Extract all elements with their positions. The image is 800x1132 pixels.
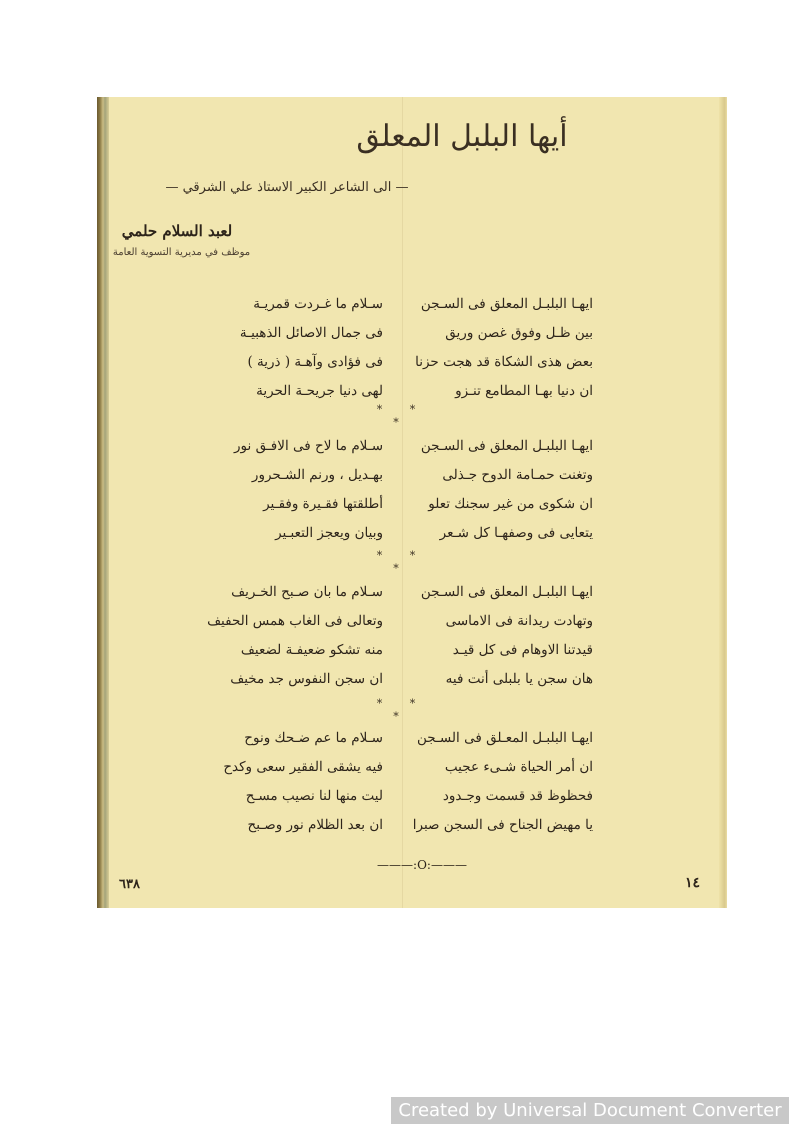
converter-watermark: Created by Universal Document Converter — [391, 1097, 789, 1124]
hemistich-first: وتغنت حمـامة الدوح جـذلى — [383, 467, 593, 483]
hemistich-second: فى جمال الاصائل الذهبيـة — [173, 325, 383, 341]
author-role: موظف في مديرية التسوية العامة — [109, 247, 254, 258]
hemistich-first: ايهـا البلبـل المعلق فى السـجن — [383, 296, 593, 312]
scanned-page: أيها البلبل المعلق — الى الشاعر الكبير ا… — [97, 97, 727, 908]
hemistich-second: فى فؤادى وآهـة ( ذرية ) — [173, 354, 383, 370]
hemistich-first: وتهادت ريدانة فى الاماسى — [383, 613, 593, 629]
hemistich-first: ايهـا البلبـل المعـلق فى السـجن — [383, 730, 593, 746]
hemistich-first: بعض هذى الشكاة قد هجت حزنا — [383, 354, 593, 370]
hemistich-first: ايهـا البلبـل المعلق فى السـجن — [383, 438, 593, 454]
hemistich-second: سـلام ما لاح فى الافـق نور — [173, 438, 383, 454]
end-mark: ———:O:——— — [367, 858, 477, 872]
hemistich-second: أطلقتها فقـيرة وفقـير — [173, 496, 383, 512]
verse-line: ان دنيا بهـا المطامع تنـزو لهى دنيا جريح… — [173, 376, 593, 405]
verse-line: يتعايى فى وصفهـا كل شـعر وبيان ويعجز الت… — [173, 518, 593, 547]
hemistich-second: لهى دنيا جريحـة الحرية — [173, 383, 383, 399]
verse-line: فحظوظ قد قسمت وجـدود ليت منها لنا نصيب م… — [173, 781, 593, 810]
hemistich-second: منه تشكو ضعيفـة لضعيف — [173, 642, 383, 658]
verse-line: ايهـا البلبـل المعلق فى السـجن سـلام ما … — [173, 431, 593, 460]
hemistich-first: يا مهيض الجناح فى السجن صبرا — [383, 817, 593, 833]
hemistich-first: فحظوظ قد قسمت وجـدود — [383, 788, 593, 804]
poem-title: أيها البلبل المعلق — [247, 119, 677, 154]
hemistich-second: بهـديل ، ورنم الشـحرور — [173, 467, 383, 483]
stanza-1: ايهـا البلبـل المعلق فى السـجن سـلام ما … — [173, 289, 593, 405]
verse-line: وتغنت حمـامة الدوح جـذلى بهـديل ، ورنم ا… — [173, 460, 593, 489]
verse-line: بعض هذى الشكاة قد هجت حزنا فى فؤادى وآهـ… — [173, 347, 593, 376]
verse-line: وتهادت ريدانة فى الاماسى وتعالى فى الغاب… — [173, 606, 593, 635]
verse-line: ايهـا البلبـل المعلق فى السـجن سـلام ما … — [173, 577, 593, 606]
hemistich-second: سـلام ما بان صـبح الخـريف — [173, 584, 383, 600]
hemistich-first: هان سجن يا بلبلى أنت فيه — [383, 671, 593, 687]
verse-line: هان سجن يا بلبلى أنت فيه ان سجن النفوس ج… — [173, 664, 593, 693]
hemistich-second: ان بعد الظلام نور وصـبح — [173, 817, 383, 833]
hemistich-first: ان دنيا بهـا المطامع تنـزو — [383, 383, 593, 399]
verse-line: ان أمر الحياة شـىء عجيب فيه يشقى الفقير … — [173, 752, 593, 781]
hemistich-first: ان شكوى من غير سجنك تعلو — [383, 496, 593, 512]
verse-line: بين ظـل وفوق غصن وريق فى جمال الاصائل ال… — [173, 318, 593, 347]
page-number-right: ١٤ — [685, 875, 700, 891]
hemistich-second: سـلام ما غـردت قمريـة — [173, 296, 383, 312]
hemistich-first: يتعايى فى وصفهـا كل شـعر — [383, 525, 593, 541]
verse-line: يا مهيض الجناح فى السجن صبرا ان بعد الظل… — [173, 810, 593, 839]
hemistich-first: بين ظـل وفوق غصن وريق — [383, 325, 593, 341]
hemistich-first: ان أمر الحياة شـىء عجيب — [383, 759, 593, 775]
hemistich-second: وبيان ويعجز التعبـير — [173, 525, 383, 541]
page-number-left: ٦٣٨ — [119, 877, 140, 892]
hemistich-second: فيه يشقى الفقير سعى وكدح — [173, 759, 383, 775]
verse-line: ايهـا البلبـل المعـلق فى السـجن سـلام ما… — [173, 723, 593, 752]
stanza-separator: * * * — [367, 403, 437, 429]
verse-line: ايهـا البلبـل المعلق فى السـجن سـلام ما … — [173, 289, 593, 318]
hemistich-second: سـلام ما عم ضـحك ونوح — [173, 730, 383, 746]
hemistich-first: ايهـا البلبـل المعلق فى السـجن — [383, 584, 593, 600]
hemistich-second: وتعالى فى الغاب همس الحفيف — [173, 613, 383, 629]
stanza-separator: * * * — [367, 697, 437, 723]
author-name: لعبد السلام حلمي — [117, 222, 237, 240]
hemistich-first: قيدتنا الاوهام فى كل قيـد — [383, 642, 593, 658]
stanza-2: ايهـا البلبـل المعلق فى السـجن سـلام ما … — [173, 431, 593, 547]
stanza-3: ايهـا البلبـل المعلق فى السـجن سـلام ما … — [173, 577, 593, 693]
dedication: — الى الشاعر الكبير الاستاذ علي الشرقي — — [157, 180, 417, 195]
hemistich-second: ان سجن النفوس جد مخيف — [173, 671, 383, 687]
stanza-4: ايهـا البلبـل المعـلق فى السـجن سـلام ما… — [173, 723, 593, 839]
hemistich-second: ليت منها لنا نصيب مسـح — [173, 788, 383, 804]
stanza-separator: * * * — [367, 549, 437, 575]
verse-line: ان شكوى من غير سجنك تعلو أطلقتها فقـيرة … — [173, 489, 593, 518]
verse-line: قيدتنا الاوهام فى كل قيـد منه تشكو ضعيفـ… — [173, 635, 593, 664]
